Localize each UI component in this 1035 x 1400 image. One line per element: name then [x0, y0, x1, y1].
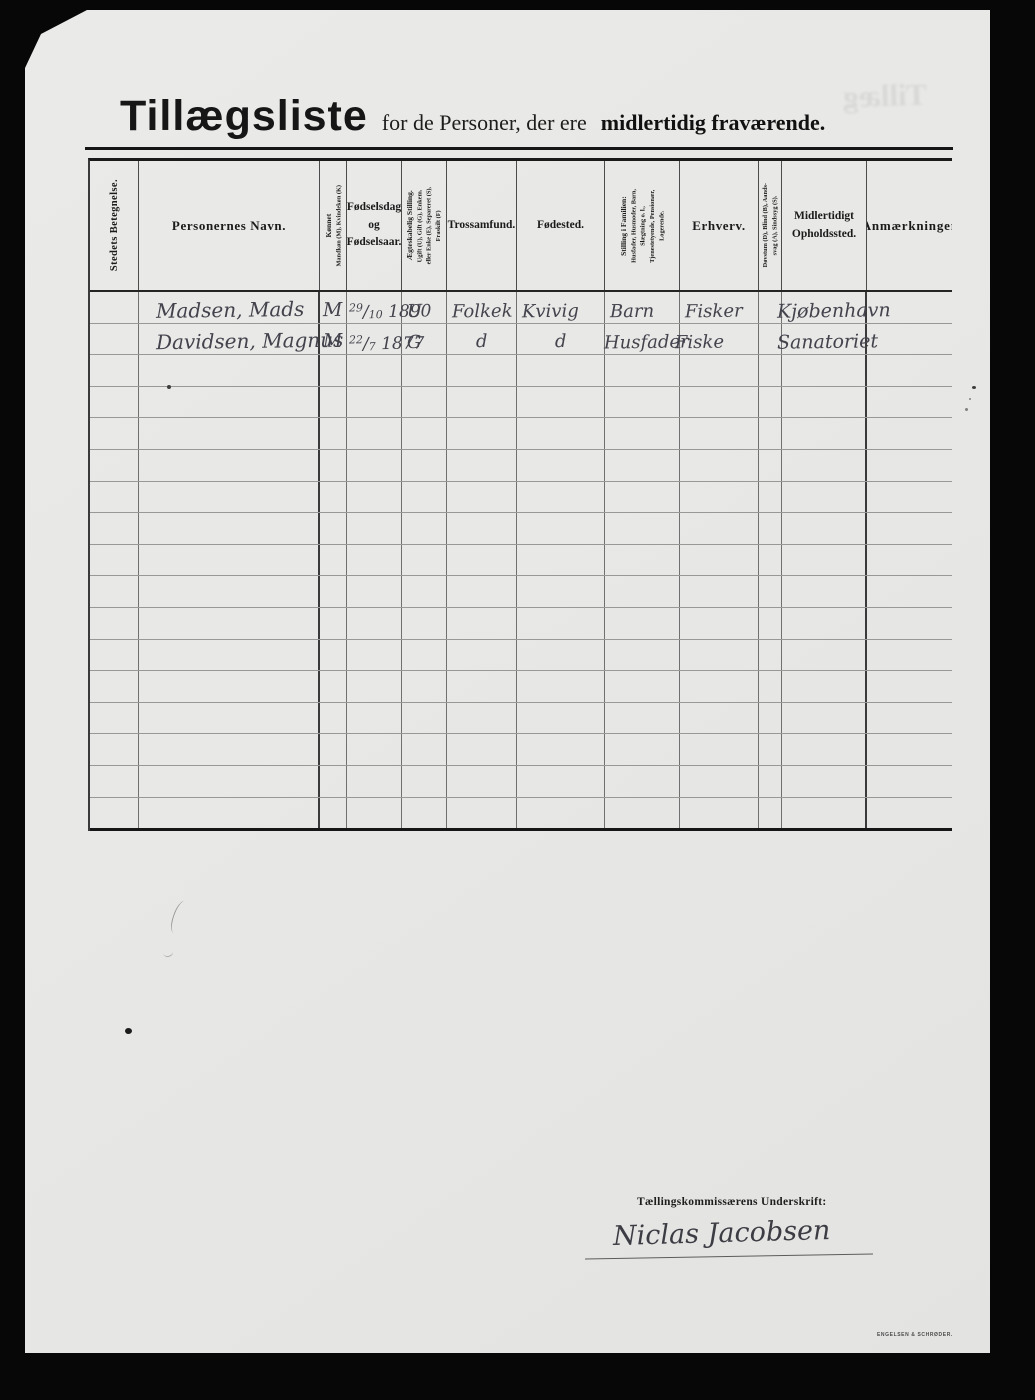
cell-foedested — [517, 450, 605, 481]
header-label: Anmærkninger — [867, 218, 952, 234]
cell-sted — [90, 513, 139, 544]
header-label: Personernes Navn. — [172, 218, 286, 234]
cell-aegteskab — [402, 545, 447, 576]
cell-foedselsdag — [347, 418, 402, 449]
cell-foedested — [517, 418, 605, 449]
title-subtitle-regular: for de Personer, der ere — [382, 110, 587, 136]
table-row — [90, 513, 952, 545]
cell-trossamfund — [447, 766, 517, 797]
cell-handicap — [759, 576, 782, 607]
pencil-mark — [965, 408, 968, 411]
cell-handicap — [759, 355, 782, 386]
header-label: Kønnet — [323, 185, 334, 267]
cell-stilling — [605, 576, 680, 607]
cell-anm — [867, 450, 952, 481]
header-label: Trossamfund. — [448, 217, 516, 235]
cell-stilling: Barn — [605, 292, 680, 323]
cell-anm — [867, 703, 952, 734]
cell-handicap — [759, 798, 782, 829]
cell-anm — [867, 798, 952, 829]
cell-erhverv — [680, 766, 759, 797]
cell-erhverv — [680, 671, 759, 702]
header-sublabel: Logerende. — [657, 189, 666, 263]
cell-navn: Davidsen, Magnus — [139, 324, 320, 355]
cell-foedselsdag — [347, 450, 402, 481]
cell-ophold — [782, 766, 867, 797]
cell-stilling — [605, 450, 680, 481]
cell-koen — [320, 576, 347, 607]
cell-sted — [90, 766, 139, 797]
cell-foedested — [517, 608, 605, 639]
cell-koen — [320, 355, 347, 386]
column-header-anm: Anmærkninger — [867, 161, 952, 290]
pencil-scribble — [162, 947, 174, 958]
cell-aegteskab — [402, 513, 447, 544]
cell-erhverv — [680, 798, 759, 829]
cell-erhverv — [680, 418, 759, 449]
cell-koen — [320, 513, 347, 544]
cell-sted — [90, 482, 139, 513]
cell-navn — [139, 703, 320, 734]
cell-koen — [320, 640, 347, 671]
cell-stilling — [605, 608, 680, 639]
cell-erhverv — [680, 545, 759, 576]
cell-trossamfund: d — [447, 324, 517, 355]
cell-foedselsdag — [347, 545, 402, 576]
handwritten-church-ditto: d — [476, 333, 488, 354]
cell-foedested — [517, 387, 605, 418]
cell-koen — [320, 734, 347, 765]
cell-aegteskab — [402, 418, 447, 449]
cell-ophold: Kjøbenhavn — [782, 292, 867, 323]
cell-navn — [139, 482, 320, 513]
cell-erhverv — [680, 640, 759, 671]
cell-ophold — [782, 450, 867, 481]
column-header-stilling: Stilling i Familien: Husfader, Husmoder,… — [605, 161, 680, 290]
cell-sted — [90, 387, 139, 418]
cell-aegteskab — [402, 703, 447, 734]
header-sublabel: eller Enke (E), Separeret (S), — [425, 187, 434, 264]
cell-foedselsdag: 2910 1890 — [347, 292, 402, 323]
cell-foedselsdag — [347, 387, 402, 418]
cell-foedested: d — [517, 324, 605, 355]
header-sublabel: Fraskilt (F) — [434, 187, 443, 264]
header-label: svag (A), Sindssyg (S). — [770, 183, 779, 267]
birth-day: 22 — [349, 333, 363, 346]
cell-trossamfund — [447, 545, 517, 576]
ink-speck — [167, 385, 171, 389]
signature-handwritten: Niclas Jacobsen — [613, 1215, 831, 1252]
header-sublabel: Ugift (U), Gift (G), Enkem. — [415, 187, 424, 264]
cell-stilling: Husfader — [605, 324, 680, 355]
handwritten-family-position: Barn — [605, 302, 654, 323]
birth-month: 10 — [369, 308, 383, 321]
cell-anm — [867, 513, 952, 544]
handwritten-birthplace: Kvivig — [517, 302, 579, 323]
cell-foedested — [517, 734, 605, 765]
title-main: Tillægsliste — [120, 92, 368, 141]
cell-stilling — [605, 671, 680, 702]
cell-erhverv — [680, 355, 759, 386]
cell-aegteskab — [402, 798, 447, 829]
cell-trossamfund — [447, 608, 517, 639]
cell-navn — [139, 355, 320, 386]
cell-ophold — [782, 482, 867, 513]
cell-navn — [139, 576, 320, 607]
cell-trossamfund — [447, 355, 517, 386]
header-label: Ægteskabelig Stilling. — [404, 187, 415, 264]
cell-koen: M — [320, 292, 347, 323]
handwritten-civil-status: U — [402, 302, 422, 322]
cell-trossamfund — [447, 734, 517, 765]
handwritten-name: Davidsen, Magnus — [139, 331, 344, 356]
table-row — [90, 545, 952, 577]
cell-handicap — [759, 513, 782, 544]
header-label: Fødselsaar. — [347, 234, 401, 252]
cell-ophold — [782, 355, 867, 386]
cell-anm — [867, 734, 952, 765]
cell-stilling — [605, 482, 680, 513]
cell-foedested — [517, 482, 605, 513]
cell-anm — [867, 387, 952, 418]
cell-handicap — [759, 450, 782, 481]
cell-handicap — [759, 608, 782, 639]
cell-sted — [90, 450, 139, 481]
cell-koen — [320, 545, 347, 576]
header-label: Stilling i Familien: — [618, 189, 629, 263]
cell-foedested — [517, 671, 605, 702]
header-label: og — [347, 217, 401, 235]
cell-foedselsdag — [347, 608, 402, 639]
cell-erhverv — [680, 450, 759, 481]
handwritten-temporary-residence: Sanatoriet — [777, 332, 878, 354]
cell-foedested — [517, 355, 605, 386]
cell-koen — [320, 418, 347, 449]
cell-trossamfund: Folkek — [447, 292, 517, 323]
cell-aegteskab — [402, 640, 447, 671]
table-row — [90, 703, 952, 735]
cell-foedselsdag — [347, 576, 402, 607]
cell-trossamfund — [447, 703, 517, 734]
column-header-koen: Kønnet Mandkøn (M), Kvindekøn (K) — [320, 161, 347, 290]
table-row — [90, 418, 952, 450]
cell-navn — [139, 513, 320, 544]
table-row — [90, 640, 952, 672]
handwritten-occupation: Fiske — [670, 334, 724, 355]
cell-stilling — [605, 640, 680, 671]
cell-koen — [320, 608, 347, 639]
cell-stilling — [605, 387, 680, 418]
cell-koen — [320, 482, 347, 513]
cell-anm — [867, 482, 952, 513]
cell-anm — [867, 671, 952, 702]
cell-navn — [139, 766, 320, 797]
cell-sted — [90, 545, 139, 576]
handwritten-sex: M — [323, 332, 343, 354]
cell-foedselsdag — [347, 355, 402, 386]
cell-navn — [139, 545, 320, 576]
cell-handicap — [759, 418, 782, 449]
cell-erhverv — [680, 608, 759, 639]
column-header-erhverv: Erhverv. — [680, 161, 759, 290]
handwritten-temporary-residence: Kjøbenhavn — [777, 301, 891, 324]
cell-foedselsdag — [347, 640, 402, 671]
cell-sted — [90, 292, 139, 323]
cell-ophold — [782, 387, 867, 418]
signature-label: Tællingskommissærens Underskrift: — [637, 1196, 827, 1208]
header-label: Stedets Betegnelse. — [109, 179, 120, 271]
table-row — [90, 576, 952, 608]
column-header-navn: Personernes Navn. — [139, 161, 320, 290]
cell-ophold: Sanatoriet — [782, 324, 867, 355]
document-title: Tillægsliste for de Personer, der ere mi… — [120, 92, 825, 141]
cell-sted — [90, 324, 139, 355]
cell-stilling — [605, 766, 680, 797]
cell-ophold — [782, 734, 867, 765]
cell-sted — [90, 640, 139, 671]
cell-navn: Madsen, Mads — [139, 292, 320, 323]
header-label: Døvstum (D), Blind (B), Aands- — [761, 183, 770, 267]
table-header: Stedets Betegnelse. Personernes Navn. Kø… — [90, 161, 952, 292]
pencil-scribble — [168, 899, 191, 935]
cell-navn — [139, 798, 320, 829]
cell-trossamfund — [447, 387, 517, 418]
cell-erhverv — [680, 482, 759, 513]
cell-aegteskab — [402, 387, 447, 418]
cell-navn — [139, 640, 320, 671]
cell-foedselsdag — [347, 734, 402, 765]
cell-koen — [320, 387, 347, 418]
table-row: Davidsen, Magnus M 227 1877 G d d — [90, 324, 952, 356]
cell-navn — [139, 418, 320, 449]
cell-ophold — [782, 513, 867, 544]
table-row — [90, 671, 952, 703]
cell-aegteskab — [402, 482, 447, 513]
cell-foedselsdag — [347, 703, 402, 734]
column-header-handicap: Døvstum (D), Blind (B), Aands- svag (A),… — [759, 161, 782, 290]
pencil-mark — [969, 398, 971, 400]
cell-handicap — [759, 703, 782, 734]
cell-navn — [139, 671, 320, 702]
signature-line — [585, 1253, 873, 1259]
cell-trossamfund — [447, 798, 517, 829]
handwritten-church: Folkek — [447, 302, 513, 323]
header-sublabel: Husfader, Husmoder, Barn, — [629, 189, 638, 263]
cell-sted — [90, 576, 139, 607]
cell-anm — [867, 576, 952, 607]
cell-foedested — [517, 640, 605, 671]
cell-trossamfund — [447, 450, 517, 481]
header-sublabel: Slægtning o. l., — [638, 189, 647, 263]
cell-navn — [139, 608, 320, 639]
cell-stilling — [605, 545, 680, 576]
cell-stilling — [605, 703, 680, 734]
cell-sted — [90, 798, 139, 829]
table-row — [90, 355, 952, 387]
cell-handicap — [759, 640, 782, 671]
header-label: Erhverv. — [692, 218, 746, 234]
column-header-trossamfund: Trossamfund. — [447, 161, 517, 290]
ink-speck — [125, 1028, 132, 1034]
column-header-foedested: Fødested. — [517, 161, 605, 290]
cell-aegteskab — [402, 355, 447, 386]
cell-trossamfund — [447, 671, 517, 702]
cell-foedested: Kvivig — [517, 292, 605, 323]
header-sublabel: Mandkøn (M), Kvindekøn (K) — [334, 185, 343, 267]
cell-trossamfund — [447, 576, 517, 607]
cell-erhverv — [680, 576, 759, 607]
scanned-page: Tillæg Tillægsliste for de Personer, der… — [25, 10, 990, 1353]
header-label: Fødested. — [537, 217, 584, 235]
handwritten-sex: M — [323, 300, 343, 322]
cell-erhverv — [680, 387, 759, 418]
cell-aegteskab — [402, 766, 447, 797]
table-row — [90, 450, 952, 482]
table-row — [90, 734, 952, 766]
header-sublabel: Tjenestetyende, Pensionær, — [648, 189, 657, 263]
cell-aegteskab — [402, 450, 447, 481]
census-table: Stedets Betegnelse. Personernes Navn. Kø… — [88, 158, 952, 831]
cell-trossamfund — [447, 640, 517, 671]
cell-handicap — [759, 766, 782, 797]
cell-foedselsdag — [347, 513, 402, 544]
cell-aegteskab — [402, 671, 447, 702]
cell-foedested — [517, 798, 605, 829]
table-row — [90, 798, 952, 829]
column-header-ophold: Midlertidigt Opholdssted. — [782, 161, 867, 290]
table-row — [90, 608, 952, 640]
bleed-through-ghost: Tillæg — [842, 77, 927, 116]
cell-anm — [867, 324, 952, 355]
cell-foedselsdag — [347, 671, 402, 702]
cell-erhverv: Fiske — [680, 324, 759, 355]
cell-foedested — [517, 513, 605, 544]
cell-sted — [90, 608, 139, 639]
cell-stilling — [605, 418, 680, 449]
cell-koen — [320, 703, 347, 734]
cell-ophold — [782, 545, 867, 576]
cell-sted — [90, 355, 139, 386]
cell-anm — [867, 355, 952, 386]
cell-anm — [867, 766, 952, 797]
column-header-sted: Stedets Betegnelse. — [90, 161, 139, 290]
cell-anm — [867, 418, 952, 449]
cell-ophold — [782, 671, 867, 702]
cell-aegteskab — [402, 576, 447, 607]
table-row — [90, 387, 952, 419]
cell-foedselsdag — [347, 798, 402, 829]
cell-handicap — [759, 545, 782, 576]
cell-ophold — [782, 640, 867, 671]
table-row: Madsen, Mads M 2910 1890 U Folkek Kvivig — [90, 292, 952, 324]
cell-anm — [867, 608, 952, 639]
handwritten-birthplace-ditto: d — [555, 333, 567, 354]
cell-ophold — [782, 608, 867, 639]
cell-ophold — [782, 798, 867, 829]
cell-sted — [90, 418, 139, 449]
cell-navn — [139, 450, 320, 481]
table-body: Madsen, Mads M 2910 1890 U Folkek Kvivig — [90, 292, 952, 831]
handwritten-civil-status: G — [402, 334, 422, 354]
cell-sted — [90, 734, 139, 765]
cell-foedselsdag — [347, 482, 402, 513]
cell-sted — [90, 671, 139, 702]
cell-koen — [320, 450, 347, 481]
cell-aegteskab: G — [402, 324, 447, 355]
printer-mark: ENGELSEN & SCHRØDER. — [877, 1332, 953, 1338]
cell-koen — [320, 766, 347, 797]
birth-month: 7 — [369, 340, 376, 353]
cell-erhverv — [680, 734, 759, 765]
cell-foedselsdag: 227 1877 — [347, 324, 402, 355]
scan-background: { "document": { "title_main": "Tillægsli… — [0, 0, 1035, 1400]
pencil-mark — [972, 386, 976, 389]
cell-foedested — [517, 545, 605, 576]
cell-trossamfund — [447, 418, 517, 449]
cell-erhverv — [680, 513, 759, 544]
cell-sted — [90, 703, 139, 734]
title-subtitle-bold: midlertidig fraværende. — [601, 110, 825, 136]
cell-ophold — [782, 703, 867, 734]
header-label: Midlertidigt — [792, 208, 856, 226]
cell-koen — [320, 798, 347, 829]
cell-stilling — [605, 734, 680, 765]
cell-handicap — [759, 387, 782, 418]
header-label: Fødselsdag — [347, 199, 401, 217]
cell-anm — [867, 640, 952, 671]
cell-stilling — [605, 355, 680, 386]
cell-stilling — [605, 513, 680, 544]
cell-anm — [867, 545, 952, 576]
cell-aegteskab — [402, 608, 447, 639]
cell-foedselsdag — [347, 766, 402, 797]
cell-trossamfund — [447, 513, 517, 544]
cell-aegteskab — [402, 734, 447, 765]
handwritten-name: Madsen, Mads — [139, 299, 305, 323]
cell-ophold — [782, 576, 867, 607]
cell-stilling — [605, 798, 680, 829]
cell-foedested — [517, 576, 605, 607]
cell-ophold — [782, 418, 867, 449]
cell-handicap — [759, 734, 782, 765]
cell-navn — [139, 387, 320, 418]
title-rule — [85, 147, 953, 150]
cell-erhverv — [680, 703, 759, 734]
cell-erhverv: Fisker — [680, 292, 759, 323]
handwritten-occupation: Fisker — [680, 302, 743, 323]
header-label: Opholdssted. — [792, 226, 856, 244]
column-header-aegteskab: Ægteskabelig Stilling. Ugift (U), Gift (… — [402, 161, 447, 290]
birth-day: 29 — [349, 302, 363, 315]
cell-koen — [320, 671, 347, 702]
cell-handicap — [759, 482, 782, 513]
column-header-foedselsdag: Fødselsdag og Fødselsaar. — [347, 161, 402, 290]
cell-trossamfund — [447, 482, 517, 513]
cell-handicap — [759, 671, 782, 702]
cell-navn — [139, 734, 320, 765]
cell-foedested — [517, 703, 605, 734]
table-row — [90, 766, 952, 798]
table-row — [90, 482, 952, 514]
cell-foedested — [517, 766, 605, 797]
